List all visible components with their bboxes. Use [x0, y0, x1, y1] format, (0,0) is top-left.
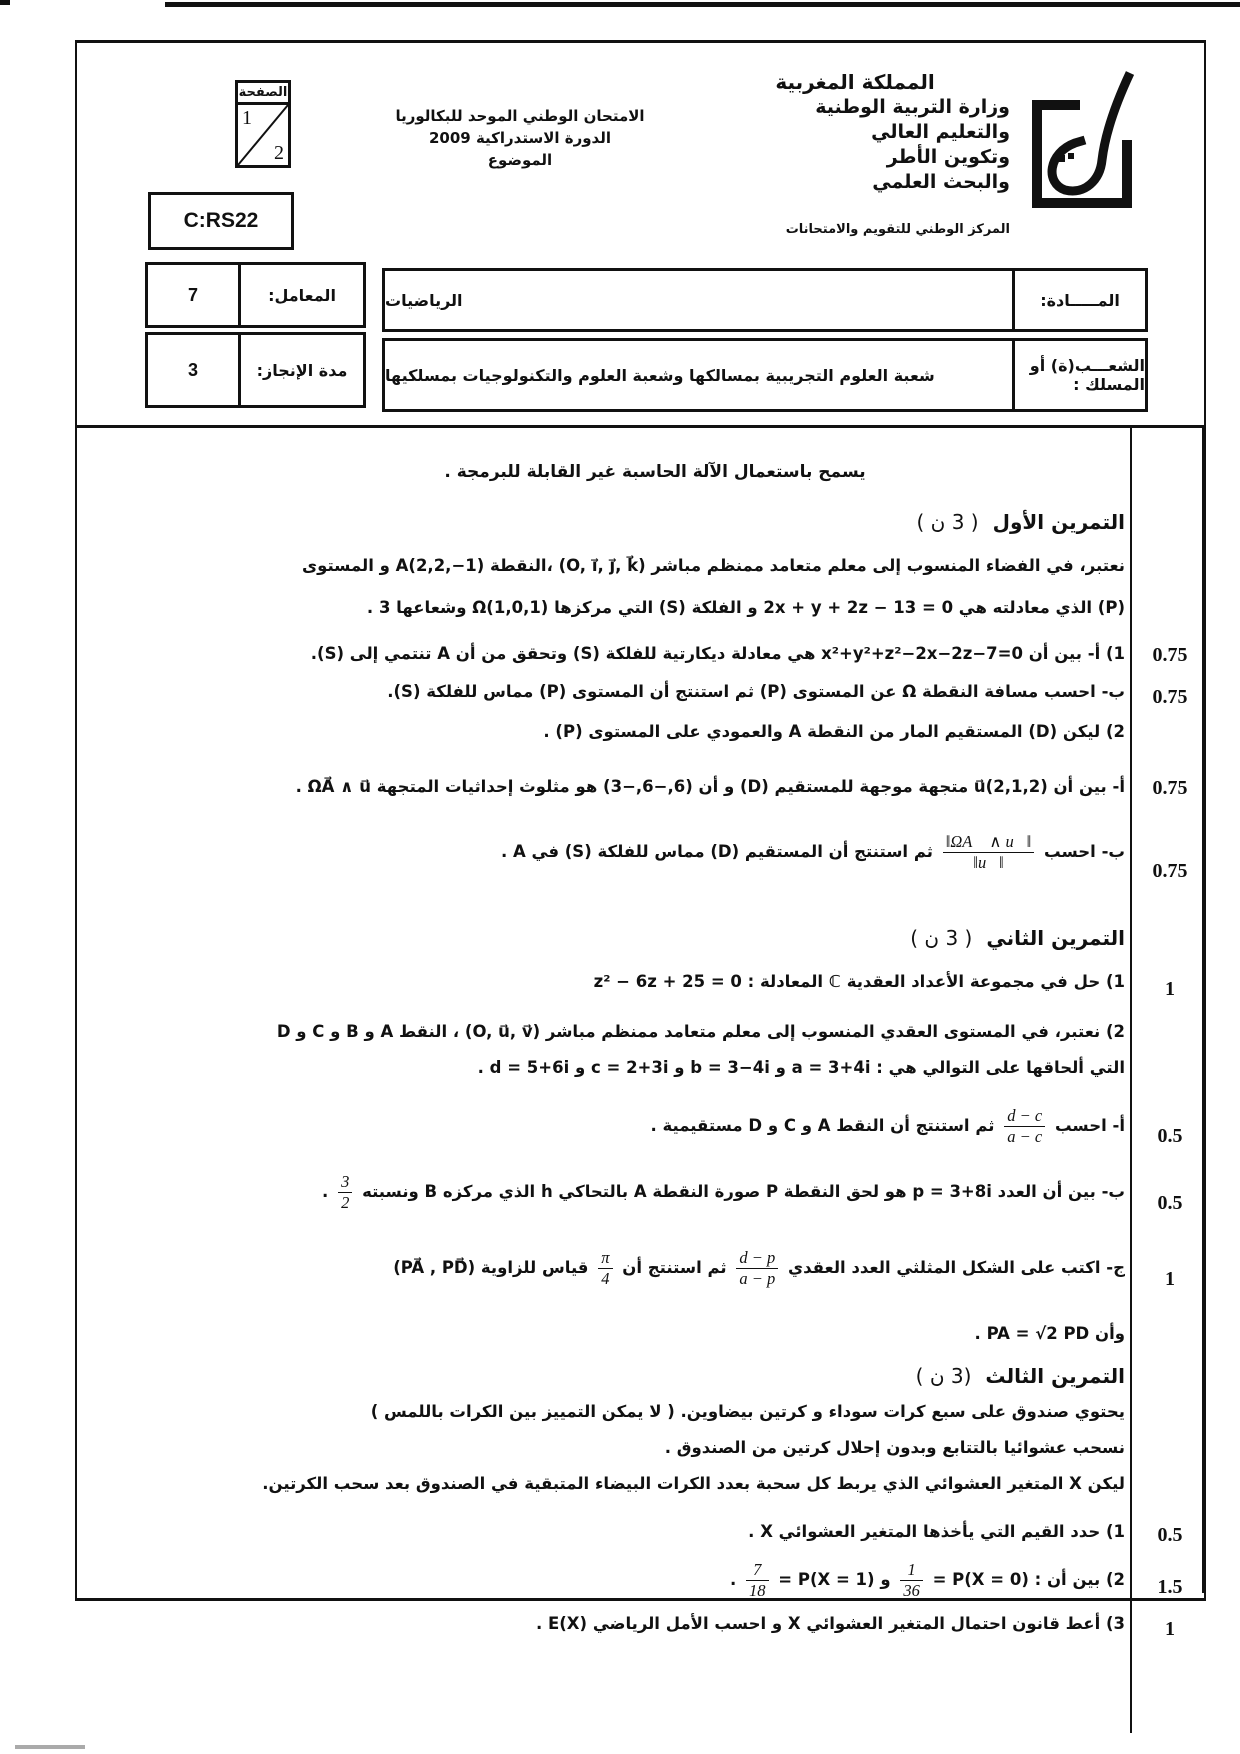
- ministry-line: وزارة التربية الوطنية: [700, 95, 1010, 120]
- evaluation-center: المركز الوطني للتقويم والامتحانات: [700, 222, 1010, 237]
- page-total: 2: [274, 142, 284, 165]
- denominator: a − c: [1004, 1127, 1045, 1147]
- page-current: 1: [242, 107, 252, 130]
- stream-value: شعبة العلوم التجريبية بمسالكها وشعبة الع…: [385, 341, 1012, 409]
- question-text: ثم استنتج أن: [622, 1258, 726, 1277]
- calculator-note: يسمح باستعمال الآلة الحاسبة غير القابلة …: [430, 462, 880, 482]
- ministry-block: المملكة المغربية وزارة التربية الوطنية و…: [700, 70, 1010, 195]
- question-text: قياس للزاوية (PA⃗ , PD⃗): [393, 1258, 588, 1277]
- score-column-border: [1202, 428, 1204, 1593]
- score: 0.5: [1140, 1125, 1200, 1148]
- exercise-3-intro-3: ليكن X المتغير العشوائي الذي يربط كل سحب…: [262, 1474, 1125, 1493]
- question-text: 2) بين أن : P(X = 0) =: [933, 1570, 1125, 1589]
- question: 2) ليكن (D) المستقيم المار من النقطة A و…: [543, 722, 1125, 741]
- fraction: 718: [746, 1560, 769, 1601]
- denominator: 4: [598, 1269, 612, 1289]
- subject-value: الرياضيات: [385, 271, 1012, 329]
- question: 1) أ- بين أن x²+y²+z²−2x−2z−7=0 هي معادل…: [311, 644, 1125, 663]
- exam-title-line3: الموضوع: [370, 149, 670, 171]
- ministry-line: والتعليم العالي: [700, 120, 1010, 145]
- numerator: 3: [338, 1172, 352, 1193]
- question-text: ثم استنتج أن المستقيم (D) مماس للفلكة (S…: [501, 842, 933, 861]
- stream-label: الشعـــب(ة) أو المسلك :: [1012, 341, 1145, 409]
- numerator: π: [598, 1248, 612, 1269]
- exercise-title-text: التمرين الثاني: [986, 926, 1125, 950]
- question: ب- احسب ‖ΩA⃗ ∧ u⃗‖‖u⃗‖ ثم استنتج أن المس…: [501, 832, 1125, 873]
- question: 1) حل في مجموعة الأعداد العقدية ℂ المعاد…: [594, 972, 1125, 991]
- exam-title-line1: الامتحان الوطني الموحد للبكالوريا: [370, 105, 670, 127]
- duration-label: مدة الإنجاز:: [241, 335, 363, 405]
- question-text: ج- اكتب على الشكل المثلثي العدد العقدي: [788, 1258, 1125, 1277]
- question-text: ب- بين أن العدد p = 3+8i هو لحق النقطة P…: [362, 1182, 1125, 1201]
- scan-mark: [0, 0, 10, 5]
- exercise-points: ( 3 ن ): [916, 510, 978, 534]
- score: 0.75: [1140, 777, 1200, 800]
- question: 1) حدد القيم التي يأخذها المتغير العشوائ…: [748, 1522, 1125, 1541]
- duration-value: 3: [148, 335, 241, 405]
- subject-box: المـــــادة: الرياضيات: [382, 268, 1148, 332]
- score: 1: [1140, 1618, 1200, 1641]
- score: 0.5: [1140, 1524, 1200, 1547]
- numerator: 7: [746, 1560, 769, 1581]
- score: 1.5: [1140, 1576, 1200, 1599]
- question: 2) نعتبر، في المستوى العقدي المنسوب إلى …: [277, 1022, 1125, 1041]
- score: 0.5: [1140, 1192, 1200, 1215]
- question: التي ألحاقها على التوالي هي : a = 3+4i و…: [478, 1058, 1125, 1077]
- question-text: ثم استنتج أن النقط A و C و D مستقيمية .: [650, 1116, 994, 1135]
- exercise-title-text: التمرين الأول: [993, 510, 1125, 534]
- question: ب- بين أن العدد p = 3+8i هو لحق النقطة P…: [160, 1172, 1125, 1213]
- stream-box: الشعـــب(ة) أو المسلك : شعبة العلوم التج…: [382, 338, 1148, 412]
- score: 1: [1140, 1268, 1200, 1291]
- numerator: d − p: [736, 1248, 778, 1269]
- question-text: ب- احسب: [1044, 842, 1125, 861]
- score: 0.75: [1140, 686, 1200, 709]
- exam-code: C:RS22: [148, 192, 294, 250]
- question: أ- احسب d − ca − c ثم استنتج أن النقط A …: [650, 1106, 1125, 1147]
- exercise-1-intro-1: نعتبر، في الفضاء المنسوب إلى معلم متعامد…: [302, 556, 1125, 575]
- exercise-points: ( 3 ن ): [910, 926, 972, 950]
- numerator: ‖ΩA⃗ ∧ u⃗‖: [943, 832, 1035, 853]
- exam-title: الامتحان الوطني الموحد للبكالوريا الدورة…: [370, 105, 670, 171]
- coefficient-label: المعامل:: [241, 265, 363, 325]
- question-text: .: [322, 1182, 328, 1201]
- question: وأن PA = √2 PD .: [975, 1324, 1125, 1343]
- exercise-1-intro-2: (P) الذي معادلته هي 2x + y + 2z − 13 = 0…: [367, 598, 1125, 617]
- question: 3) أعط قانون احتمال المتغير العشوائي X و…: [536, 1614, 1125, 1633]
- page-number-box: الصفحة 1 2: [235, 80, 291, 168]
- denominator: 2: [338, 1193, 352, 1213]
- question-text: و P(X = 1) =: [778, 1570, 890, 1589]
- ministry-line: وتكوين الأطر: [700, 145, 1010, 170]
- exercise-3-title: التمرين الثالث(3 ن ): [916, 1364, 1125, 1388]
- coefficient-box: 7 المعامل:: [145, 262, 366, 328]
- fraction: π4: [598, 1248, 612, 1289]
- exercise-title-text: التمرين الثالث: [985, 1364, 1125, 1388]
- denominator: ‖u⃗‖: [943, 853, 1035, 873]
- coefficient-value: 7: [148, 265, 241, 325]
- numerator: 1: [900, 1560, 923, 1581]
- question: ج- اكتب على الشكل المثلثي العدد العقدي d…: [393, 1248, 1125, 1289]
- denominator: 18: [746, 1581, 769, 1601]
- kingdom-name: المملكة المغربية: [700, 70, 1010, 95]
- question: أ- بين أن u⃗(2,1,2) متجهة موجهة للمستقيم…: [296, 777, 1125, 796]
- question: 2) بين أن : P(X = 0) = 136 و P(X = 1) = …: [730, 1560, 1125, 1601]
- fraction: 32: [338, 1172, 352, 1213]
- exercise-3-intro-1: يحتوي صندوق على سبع كرات سوداء و كرتين ب…: [371, 1402, 1125, 1421]
- subject-label: المـــــادة:: [1012, 271, 1145, 329]
- fraction: d − pa − p: [736, 1248, 778, 1289]
- exercise-3-intro-2: نسحب عشوائيا بالتتابع وبدون إحلال كرتين …: [665, 1438, 1125, 1457]
- fraction: 136: [900, 1560, 923, 1601]
- numerator: d − c: [1004, 1106, 1045, 1127]
- scan-mark: [15, 1745, 85, 1749]
- denominator: a − p: [736, 1269, 778, 1289]
- fraction: ‖ΩA⃗ ∧ u⃗‖‖u⃗‖: [943, 832, 1035, 873]
- exercise-points: (3 ن ): [916, 1364, 972, 1388]
- top-rule: [165, 2, 1240, 7]
- exercise-1-title: التمرين الأول( 3 ن ): [916, 510, 1125, 534]
- ministry-logo-icon: [1030, 65, 1140, 210]
- exam-title-line2: الدورة الاستدراكية 2009: [370, 127, 670, 149]
- score: 0.75: [1140, 860, 1200, 883]
- question-text: .: [730, 1570, 736, 1589]
- score: 1: [1140, 978, 1200, 1001]
- question: ب- احسب مسافة النقطة Ω عن المستوى (P) ثم…: [387, 682, 1125, 701]
- score-column-divider: [1130, 428, 1132, 1733]
- page-label: الصفحة: [238, 83, 288, 105]
- fraction: d − ca − c: [1004, 1106, 1045, 1147]
- question-text: أ- احسب: [1055, 1116, 1125, 1135]
- duration-box: 3 مدة الإنجاز:: [145, 332, 366, 408]
- header-separator: [75, 425, 1205, 428]
- score: 0.75: [1140, 644, 1200, 667]
- ministry-line: والبحث العلمي: [700, 170, 1010, 195]
- exercise-2-title: التمرين الثاني( 3 ن ): [910, 926, 1125, 950]
- denominator: 36: [900, 1581, 923, 1601]
